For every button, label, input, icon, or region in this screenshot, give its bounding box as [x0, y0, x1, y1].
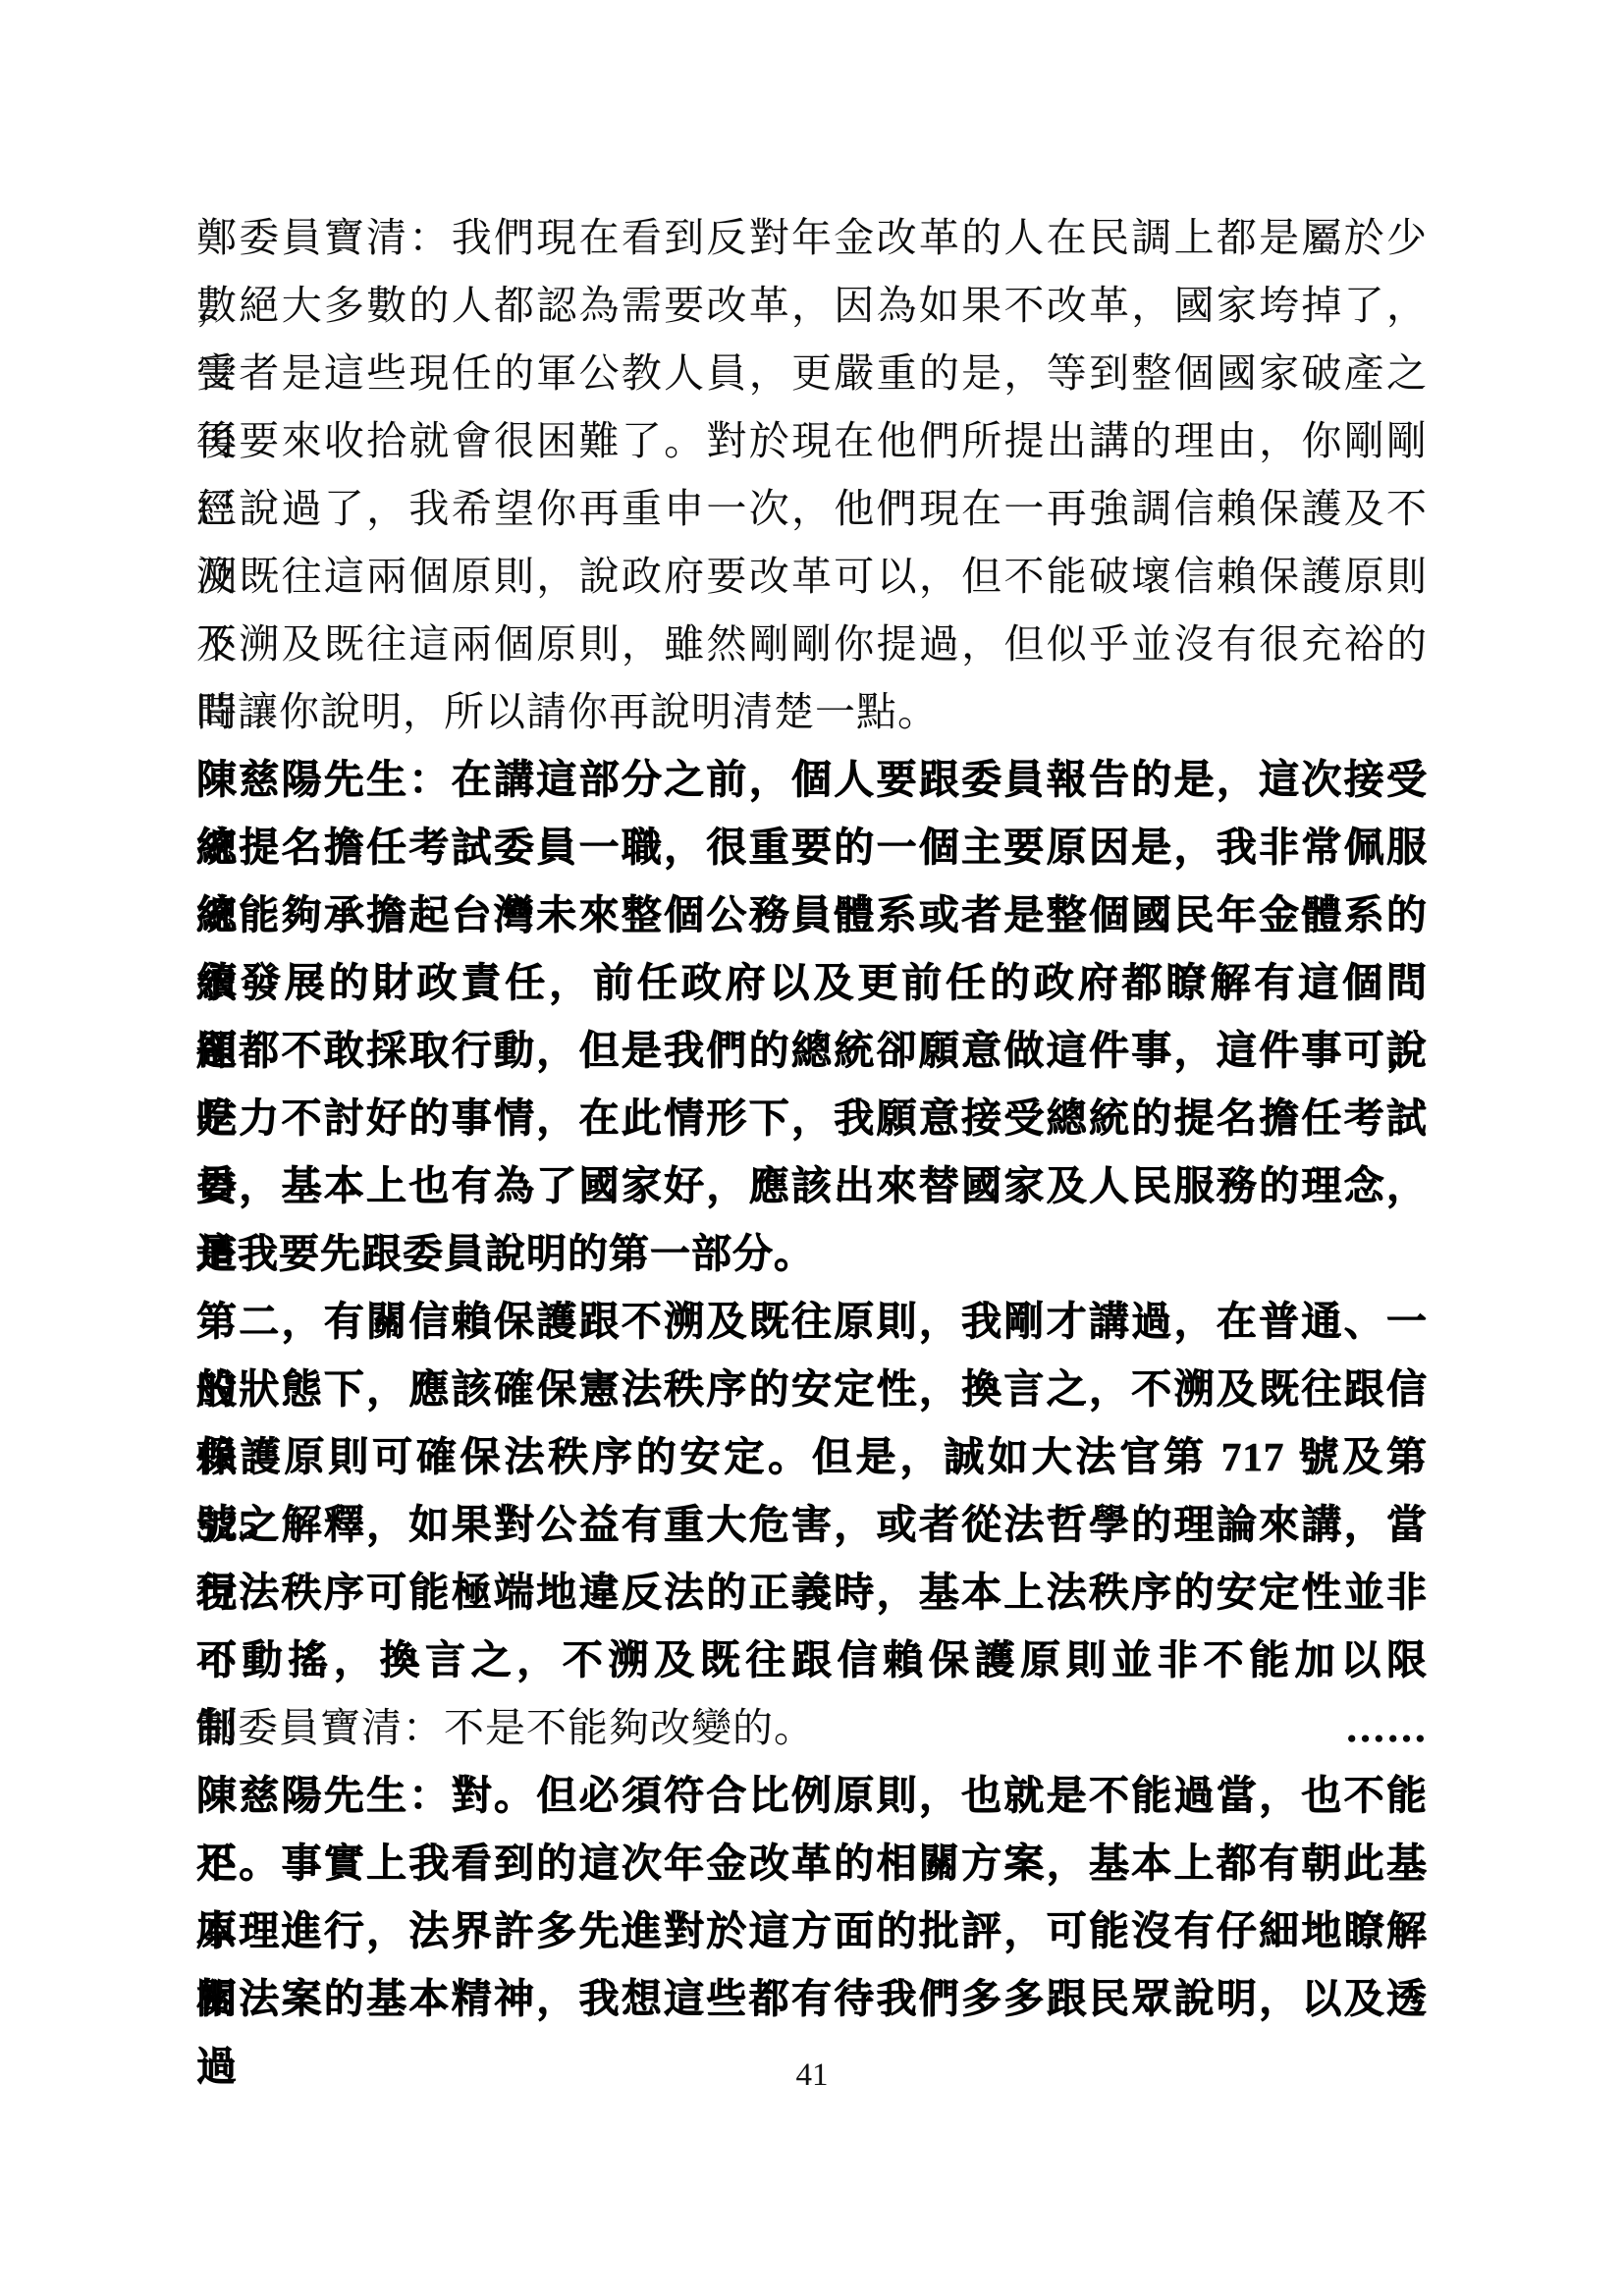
transcript-line: 卻都不敢採取行動，但是我們的總統卻願意做這件事，這件事可說是 [196, 1017, 1428, 1085]
page-number: 41 [0, 2057, 1624, 2094]
transcript-line: 可動搖，換言之，不溯及既往跟信賴保護原則並非不能加以限制…… [196, 1627, 1428, 1694]
transcript-line: 號之解釋，如果對公益有重大危害，或者從法哲學的理論來講，當現 [196, 1491, 1428, 1559]
transcript-line: ，絕大多數的人都認為需要改革，因為如果不改革，國家垮掉了，受 [196, 272, 1428, 340]
transcript-line: 員，基本上也有為了國家好，應該出來替國家及人民服務的理念，這 [196, 1152, 1428, 1220]
transcript-line: 經說過了，我希望你再重申一次，他們現在一再強調信賴保護及不溯 [196, 475, 1428, 543]
transcript-line: 的狀態下，應該確保憲法秩序的安定性，換言之，不溯及既往跟信賴 [196, 1356, 1428, 1423]
transcript-line: 及既往這兩個原則，說政府要改革可以，但不能破壞信賴保護原則及 [196, 543, 1428, 611]
transcript-line: 不溯及既往這兩個原則，雖然剛剛你提過，但似乎並沒有很充裕的時 [196, 611, 1428, 678]
transcript-line: 鄭委員寶清：我們現在看到反對年金改革的人在民調上都是屬於少數 [196, 204, 1428, 272]
transcript-line: 陳慈陽先生：對。但必須符合比例原則，也就是不能過當，也不能不 [196, 1762, 1428, 1830]
transcript-line: 續發展的財政責任，前任政府以及更前任的政府都瞭解有這個問題， [196, 949, 1428, 1017]
transcript-line: 再要來收拾就會很困難了。對於現在他們所提出講的理由，你剛剛已 [196, 407, 1428, 475]
transcript-line: 統提名擔任考試委員一職，很重要的一個主要原因是，我非常佩服總 [196, 814, 1428, 881]
transcript-line: 間讓你說明，所以請你再說明清楚一點。 [196, 678, 1428, 746]
transcript-line: 足。事實上我看到的這次年金改革的相關方案，基本上都有朝此基本 [196, 1830, 1428, 1897]
document-page: 鄭委員寶清：我們現在看到反對年金改革的人在民調上都是屬於少數，絕大多數的人都認為… [0, 0, 1624, 2296]
transcript-line: 陳慈陽先生：在講這部分之前，個人要跟委員報告的是，這次接受總 [196, 746, 1428, 814]
transcript-line: 原理進行，法界許多先進對於這方面的批評，可能沒有仔細地瞭解相 [196, 1897, 1428, 1965]
transcript-line: 統能夠承擔起台灣未來整個公務員體系或者是整個國民年金體系的永 [196, 881, 1428, 949]
transcript-line: 是我要先跟委員說明的第一部分。 [196, 1220, 1428, 1288]
transcript-line: 保護原則可確保法秩序的安定。但是，誠如大法官第 717 號及第 525 [196, 1423, 1428, 1491]
transcript-line: 第二，有關信賴保護跟不溯及既往原則，我剛才講過，在普通、一般 [196, 1288, 1428, 1356]
transcript-line: 害者是這些現任的軍公教人員，更嚴重的是，等到整個國家破產之後 [196, 340, 1428, 407]
transcript-line: 吃力不討好的事情，在此情形下，我願意接受總統的提名擔任考試委 [196, 1085, 1428, 1152]
transcript: 鄭委員寶清：我們現在看到反對年金改革的人在民調上都是屬於少數，絕大多數的人都認為… [196, 204, 1428, 2033]
transcript-line: 行法秩序可能極端地違反法的正義時，基本上法秩序的安定性並非不 [196, 1559, 1428, 1627]
transcript-line: 關法案的基本精神，我想這些都有待我們多多跟民眾說明，以及透過 [196, 1965, 1428, 2033]
